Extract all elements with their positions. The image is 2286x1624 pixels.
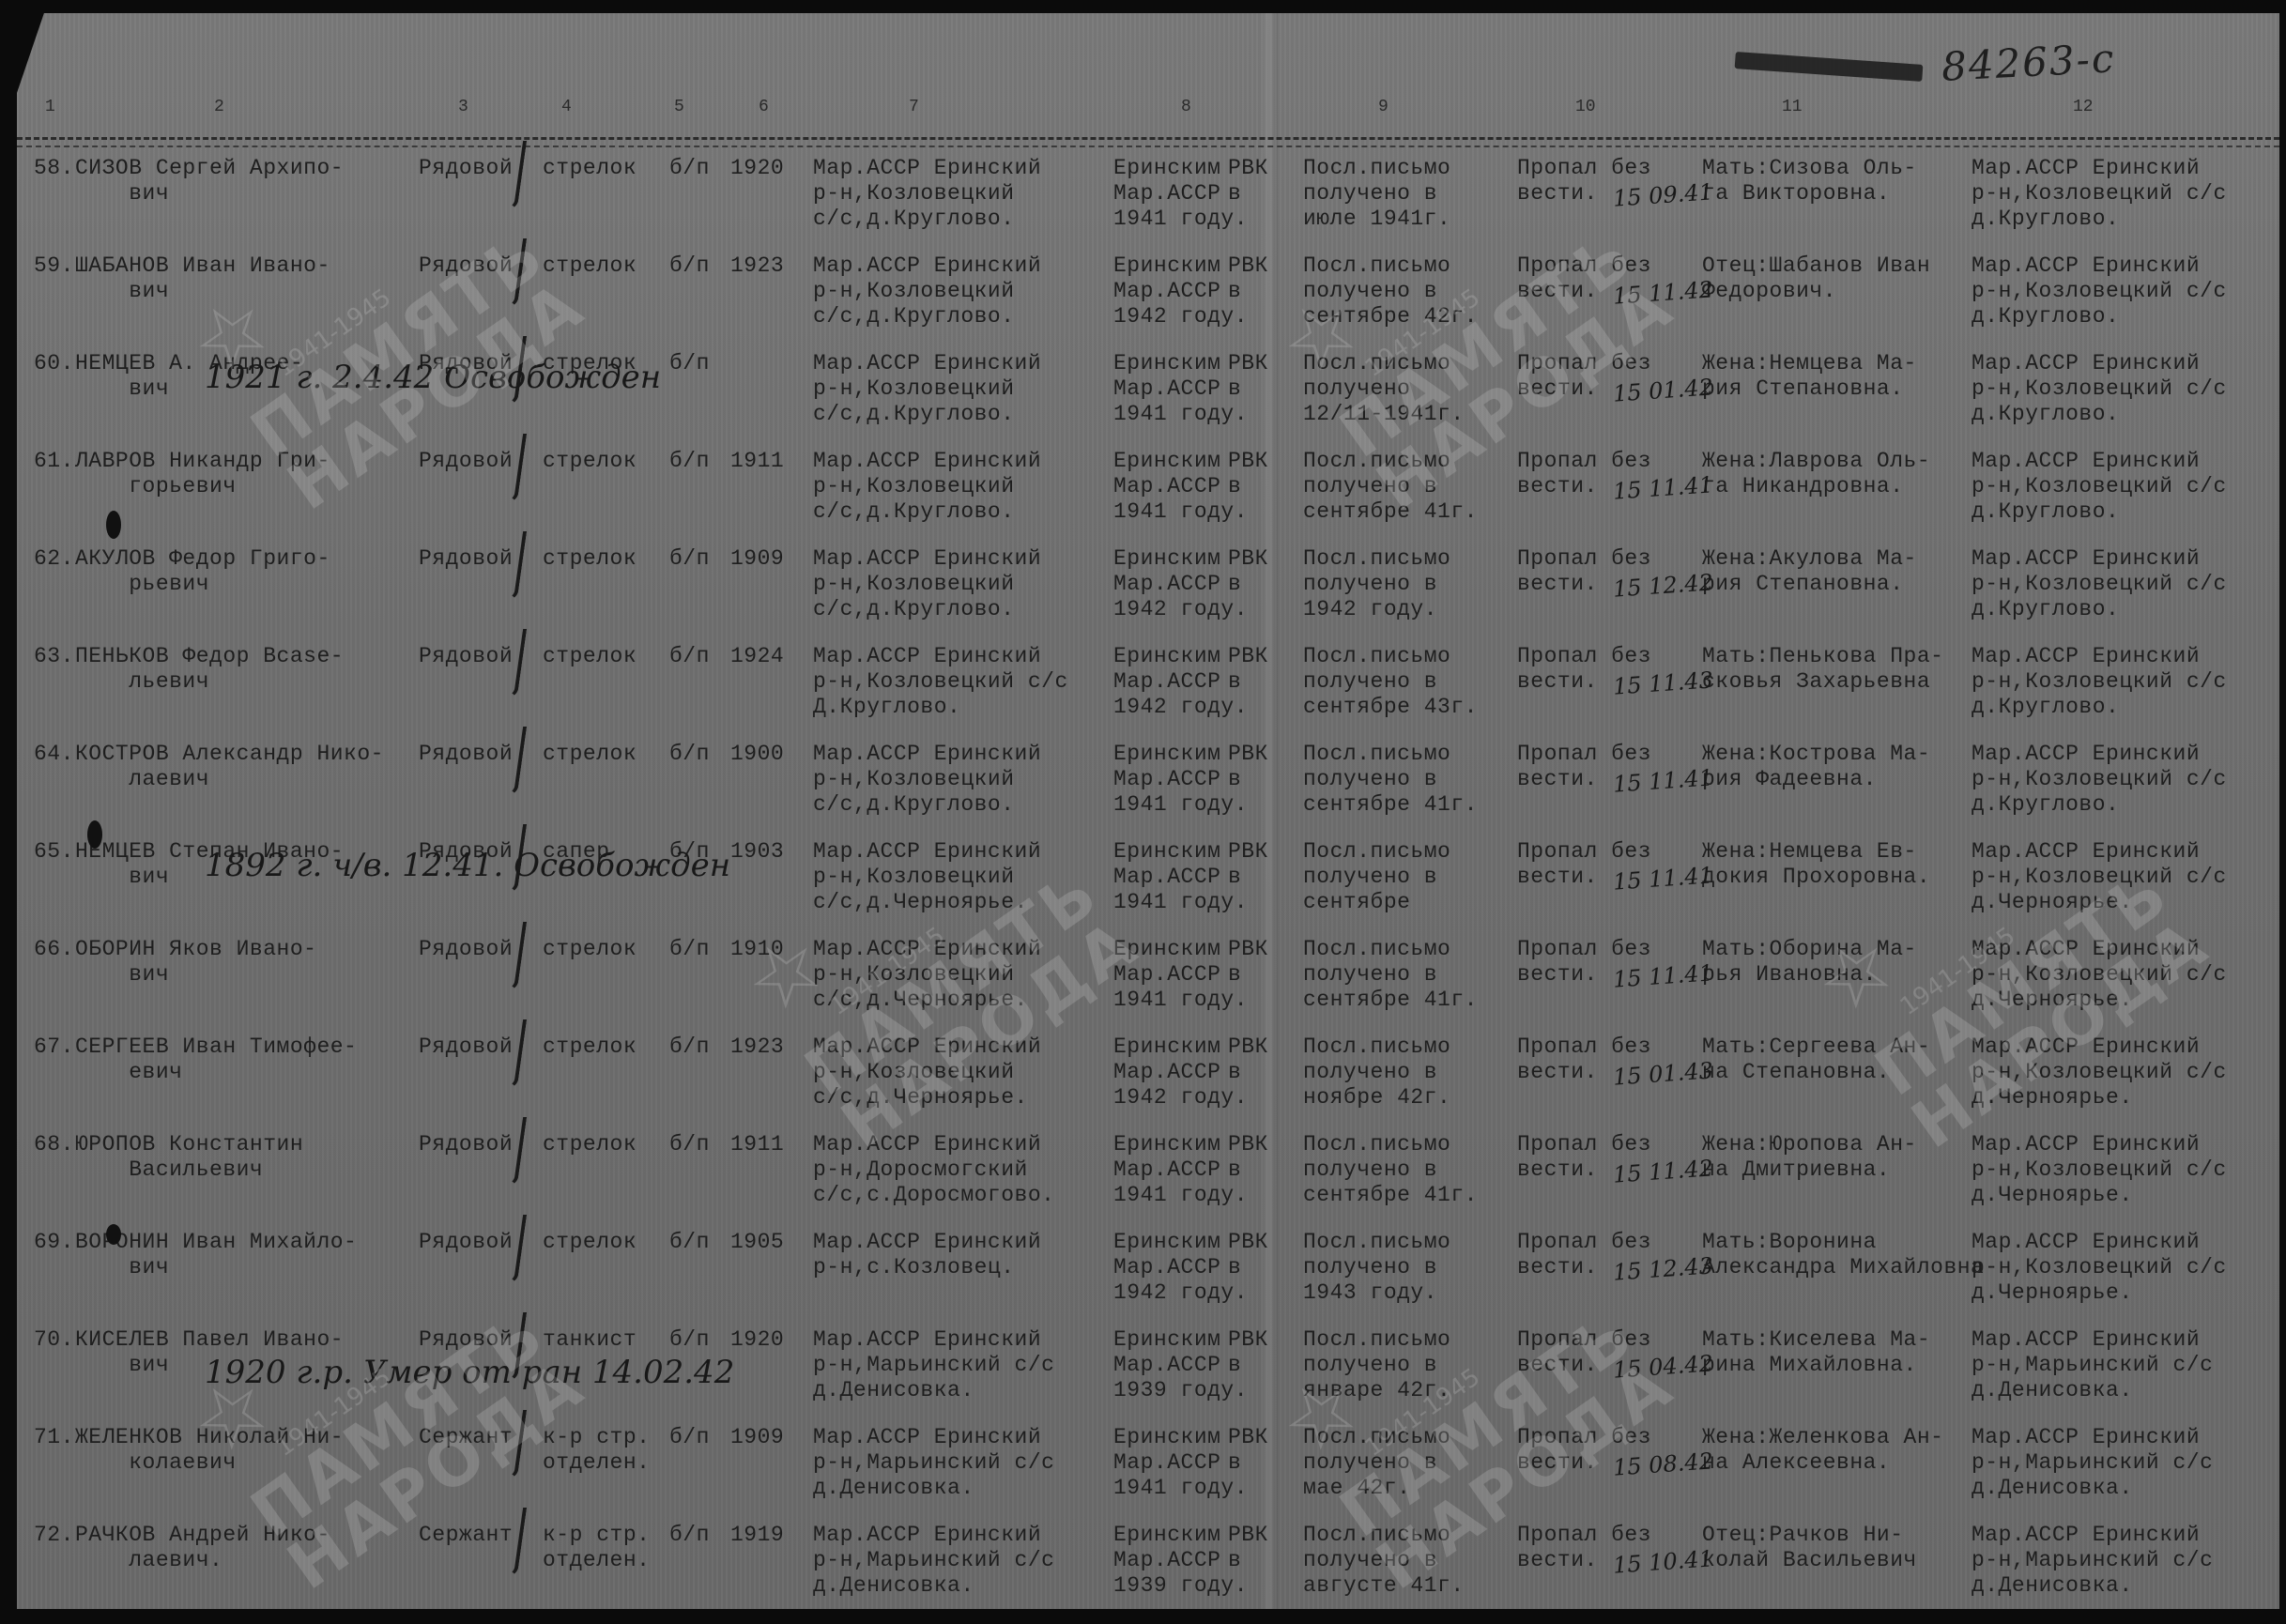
draft-office: РВК в [1228, 449, 1268, 499]
column-number: 1 [45, 98, 55, 116]
birthplace: Мар.АССР Еринский р-н,Козловецкий с/с,д.… [813, 937, 1041, 1013]
position: к-р стр. отделен. [543, 1523, 650, 1573]
birthplace: Мар.АССР Еринский р-н,Марьинский с/с д.Д… [813, 1425, 1054, 1501]
draft-office: РВК в [1228, 1230, 1268, 1280]
soldier-name: КОСТРОВ Александр Нико- лаевич [75, 742, 384, 792]
handwritten-date: 15 11.42 [1612, 276, 1714, 309]
birthplace: Мар.АССР Еринский р-н,Доросмогский с/с,с… [813, 1132, 1054, 1208]
circumstances: Посл.письмо получено в мае 42г. [1303, 1425, 1450, 1501]
column-number: 8 [1181, 98, 1191, 116]
table-row: 62.АКУЛОВ Федор Григо- рьевичРядовойстре… [17, 535, 2279, 629]
handwritten-date: 15 12.43 [1612, 1252, 1714, 1285]
circumstances: Посл.письмо получено в сентябре 41г. [1303, 742, 1478, 818]
table-row: 66.ОБОРИН Яков Ивано- вичРядовойстрелокб… [17, 926, 2279, 1019]
ink-blot [106, 1224, 121, 1245]
circumstances: Посл.письмо получено в августе 41г. [1303, 1523, 1465, 1599]
position: стрелок [543, 937, 637, 962]
circumstances: Посл.письмо получено в ноябре 42г. [1303, 1034, 1450, 1111]
circumstances: Посл.письмо получено 12/11-1941г. [1303, 351, 1465, 427]
table-row: 72.РАЧКОВ Андрей Нико- лаевич.Сержантк-р… [17, 1511, 2279, 1605]
relatives-address: Мар.АССР Еринский р-н,Козловецкий с/с д.… [1971, 351, 2227, 427]
relatives: Мать:Киселева Ма- рина Михайловна. [1702, 1327, 1930, 1378]
table-row: 67.СЕРГЕЕВ Иван Тимофее- евичРядовойстре… [17, 1023, 2279, 1117]
birth-year: 1900 [730, 742, 784, 767]
check-mark-icon [493, 434, 527, 502]
draft-office: РВК в [1228, 253, 1268, 304]
relatives-address: Мар.АССР Еринский р-н,Козловецкий с/с д.… [1971, 253, 2227, 329]
position: стрелок [543, 644, 637, 669]
check-mark-icon [493, 141, 527, 209]
soldier-name: ОБОРИН Яков Ивано- вич [75, 937, 316, 988]
birthplace: Мар.АССР Еринский р-н,Марьинский с/с д.Д… [813, 1523, 1054, 1599]
circumstances: Посл.письмо получено в сентябре [1303, 839, 1450, 915]
row-number: 65. [34, 839, 74, 865]
birth-year: 1923 [730, 1034, 784, 1060]
relatives: Жена:Кострова Ма- рия Фадеевна. [1702, 742, 1930, 792]
table-row: 63.ПЕНЬКОВ Федор Вcase- льевичРядовойстр… [17, 633, 2279, 727]
relatives: Жена:Лаврова Оль- га Никандровна. [1702, 449, 1930, 499]
birth-year: 1920 [730, 156, 784, 181]
draft-office: РВК в [1228, 1425, 1268, 1476]
birthplace: Мар.АССР Еринский р-н,Козловецкий с/с,д.… [813, 1034, 1041, 1111]
row-number: 71. [34, 1425, 74, 1450]
table-row: 70.КИСЕЛЕВ Павел Ивано- вичРядовойтанкис… [17, 1316, 2279, 1410]
relatives: Отец:Шабанов Иван Федорович. [1702, 253, 1930, 304]
birthplace: Мар.АССР Еринский р-н,Марьинский с/с д.Д… [813, 1327, 1054, 1403]
birthplace: Мар.АССР Еринский р-н,Козловецкий с/с,д.… [813, 742, 1041, 818]
relatives-address: Мар.АССР Еринский р-н,Козловецкий с/с д.… [1971, 1034, 2227, 1111]
draft-office: РВК в [1228, 351, 1268, 402]
draft-office: РВК в [1228, 1327, 1268, 1378]
ink-blot [106, 511, 121, 539]
ink-blot [87, 820, 102, 849]
relatives-address: Мар.АССР Еринский р-н,Козловецкий с/с д.… [1971, 1230, 2227, 1306]
handwritten-date: 15 01.42 [1612, 374, 1714, 406]
birth-year: 1911 [730, 449, 784, 474]
position: стрелок [543, 1132, 637, 1157]
relatives: Мать:Пенькова Пра- сковья Захарьевна [1702, 644, 1943, 695]
handwritten-annotation: 1892 г. ч/в. 12.41. Освобожден [205, 847, 730, 884]
party-status: б/п [669, 449, 710, 474]
relatives: Отец:Рачков Ни- колай Васильевич [1702, 1523, 1917, 1573]
table-row: 69.ВОРОНИН Иван Михайло- вичРядовойстрел… [17, 1218, 2279, 1312]
handwritten-date: 15 01.43 [1612, 1057, 1714, 1090]
birth-year: 1924 [730, 644, 784, 669]
draft-office: РВК в [1228, 1132, 1268, 1183]
relatives: Жена:Юропова Ан- на Дмитриевна. [1702, 1132, 1917, 1183]
check-mark-icon [493, 727, 527, 795]
birth-year: 1909 [730, 546, 784, 572]
birthplace: Мар.АССР Еринский р-н,Козловецкий с/с,д.… [813, 253, 1041, 329]
soldier-name: СЕРГЕЕВ Иван Тимофее- евич [75, 1034, 357, 1085]
column-number: 11 [1782, 98, 1803, 116]
relatives: Жена:Немцева Ев- докия Прохоровна. [1702, 839, 1930, 890]
row-number: 58. [34, 156, 74, 181]
draft-office: РВК в [1228, 1034, 1268, 1085]
column-number: 6 [759, 98, 769, 116]
relatives-address: Мар.АССР Еринский р-н,Марьинский с/с д.Д… [1971, 1425, 2213, 1501]
relatives-address: Мар.АССР Еринский р-н,Козловецкий с/с д.… [1971, 1132, 2227, 1208]
row-number: 62. [34, 546, 74, 572]
circumstances: Посл.письмо получено в 1942 году. [1303, 546, 1450, 622]
circumstances: Посл.письмо получено в сентябре 43г. [1303, 644, 1478, 720]
relatives: Мать:Сизова Оль- га Викторовна. [1702, 156, 1917, 207]
relatives-address: Мар.АССР Еринский р-н,Козловецкий с/с д.… [1971, 546, 2227, 622]
handwritten-date: 15 11.41 [1612, 764, 1714, 797]
table-row: 59.ШАБАНОВ Иван Ивано- вичРядовойстрелок… [17, 242, 2279, 336]
circumstances: Посл.письмо получено в сентябре 41г. [1303, 449, 1478, 525]
relatives: Жена:Акулова Ма- рия Степановна. [1702, 546, 1917, 597]
position: стрелок [543, 742, 637, 767]
party-status: б/п [669, 1230, 710, 1255]
relatives-address: Мар.АССР Еринский р-н,Козловецкий с/с д.… [1971, 644, 2227, 720]
birth-year: 1923 [730, 253, 784, 279]
party-status: б/п [669, 156, 710, 181]
row-number: 61. [34, 449, 74, 474]
column-number: 12 [2073, 98, 2094, 116]
party-status: б/п [669, 937, 710, 962]
party-status: б/п [669, 253, 710, 279]
check-mark-icon [493, 1117, 527, 1186]
party-status: б/п [669, 1034, 710, 1060]
position: стрелок [543, 253, 637, 279]
birth-year: 1920 [730, 1327, 784, 1353]
column-number: 2 [214, 98, 224, 116]
archive-stamp-mark [1735, 52, 1924, 82]
check-mark-icon [493, 1215, 527, 1283]
relatives-address: Мар.АССР Еринский р-н,Козловецкий с/с д.… [1971, 449, 2227, 525]
check-mark-icon [493, 1019, 527, 1088]
soldier-name: СИЗОВ Сергей Архипо- вич [75, 156, 344, 207]
column-number: 5 [674, 98, 684, 116]
relatives-address: Мар.АССР Еринский р-н,Козловецкий с/с д.… [1971, 156, 2227, 232]
handwritten-annotation: 1921 г. 2.4.42 Освобожден [205, 359, 661, 396]
check-mark-icon [493, 922, 527, 990]
relatives: Мать:Оборина Ма- рья Ивановна. [1702, 937, 1917, 988]
position: стрелок [543, 449, 637, 474]
birthplace: Мар.АССР Еринский р-н,Козловецкий с/с,д.… [813, 449, 1041, 525]
position: стрелок [543, 546, 637, 572]
position: стрелок [543, 1230, 637, 1255]
birthplace: Мар.АССР Еринский р-н,с.Козловец. [813, 1230, 1041, 1280]
relatives-address: Мар.АССР Еринский р-н,Марьинский с/с д.Д… [1971, 1327, 2213, 1403]
relatives: Мать:Воронина Александра Михайловна [1702, 1230, 1984, 1280]
row-number: 70. [34, 1327, 74, 1353]
position: к-р стр. отделен. [543, 1425, 650, 1476]
draft-office: РВК в [1228, 546, 1268, 597]
party-status: б/п [669, 1132, 710, 1157]
draft-office: РВК в [1228, 156, 1268, 207]
soldier-name: АКУЛОВ Федор Григо- рьевич [75, 546, 330, 597]
handwritten-date: 15 11.41 [1612, 471, 1714, 504]
check-mark-icon [493, 238, 527, 307]
party-status: б/п [669, 1327, 710, 1353]
party-status: б/п [669, 1425, 710, 1450]
row-number: 64. [34, 742, 74, 767]
circumstances: Посл.письмо получено в январе 42г. [1303, 1327, 1450, 1403]
soldier-name: ЖЕЛЕНКОВ Николай Ни- колаевич [75, 1425, 344, 1476]
draft-office: РВК в [1228, 742, 1268, 792]
circumstances: Посл.письмо получено в сентябре 41г. [1303, 937, 1478, 1013]
party-status: б/п [669, 351, 710, 376]
handwritten-date: 15 11.43 [1612, 666, 1714, 699]
handwritten-date: 15 04.42 [1612, 1350, 1714, 1383]
column-number: 9 [1378, 98, 1388, 116]
check-mark-icon [493, 1410, 527, 1478]
handwritten-date: 15 09.41 [1612, 178, 1714, 211]
check-mark-icon [493, 629, 527, 697]
soldier-name: ПЕНЬКОВ Федор Вcase- льевич [75, 644, 344, 695]
row-number: 69. [34, 1230, 74, 1255]
handwritten-date: 15 10.41 [1612, 1545, 1714, 1578]
birth-year: 1910 [730, 937, 784, 962]
birthplace: Мар.АССР Еринский р-н,Козловецкий с/с,д.… [813, 546, 1041, 622]
relatives: Жена:Желенкова Ан- на Алексеевна. [1702, 1425, 1943, 1476]
table-row: 68.ЮРОПОВ Константин ВасильевичРядовойст… [17, 1121, 2279, 1215]
circumstances: Посл.письмо получено в сентябре 41г. [1303, 1132, 1478, 1208]
draft-office: РВК в [1228, 1523, 1268, 1573]
column-number: 4 [561, 98, 572, 116]
birth-year: 1911 [730, 1132, 784, 1157]
column-number-header: 123456789101112 [17, 98, 2279, 126]
relatives-address: Мар.АССР Еринский р-н,Марьинский с/с д.Д… [1971, 1523, 2213, 1599]
row-number: 60. [34, 351, 74, 376]
birth-year: 1905 [730, 1230, 784, 1255]
birthplace: Мар.АССР Еринский р-н,Козловецкий с/с,д.… [813, 839, 1041, 915]
table-row: 71.ЖЕЛЕНКОВ Николай Ни- колаевичСержантк… [17, 1414, 2279, 1508]
row-number: 68. [34, 1132, 74, 1157]
party-status: б/п [669, 1523, 710, 1548]
relatives: Мать:Сергеева Ан- на Степановна. [1702, 1034, 1930, 1085]
position: танкист [543, 1327, 637, 1353]
archive-number: 84263-с [1941, 35, 2117, 90]
relatives-address: Мар.АССР Еринский р-н,Козловецкий с/с д.… [1971, 742, 2227, 818]
table-row: 60.НЕМЦЕВ А. Андрее- вичРядовойстрелокб/… [17, 340, 2279, 434]
birthplace: Мар.АССР Еринский р-н,Козловецкий с/с,д.… [813, 156, 1041, 232]
column-number: 10 [1575, 98, 1596, 116]
birth-year: 1903 [730, 839, 784, 865]
birthplace: Мар.АССР Еринский р-н,Козловецкий с/с,д.… [813, 351, 1041, 427]
scanned-document-page: 84263-с 123456789101112 58.СИЗОВ Сергей … [17, 13, 2279, 1609]
relatives-address: Мар.АССР Еринский р-н,Козловецкий с/с д.… [1971, 937, 2227, 1013]
column-number: 7 [909, 98, 919, 116]
check-mark-icon [493, 1508, 527, 1576]
handwritten-date: 15 11.41 [1612, 959, 1714, 992]
draft-office: РВК в [1228, 937, 1268, 988]
draft-office: РВК в [1228, 644, 1268, 695]
soldier-name: ЛАВРОВ Никандр Гри- горьевич [75, 449, 330, 499]
circumstances: Посл.письмо получено в 1943 году. [1303, 1230, 1450, 1306]
draft-office: РВК в [1228, 839, 1268, 890]
row-number: 63. [34, 644, 74, 669]
row-number: 66. [34, 937, 74, 962]
handwritten-date: 15 08.42 [1612, 1448, 1714, 1480]
table-row: 64.КОСТРОВ Александр Нико- лаевичРядовой… [17, 730, 2279, 824]
table-row: 58.СИЗОВ Сергей Архипо- вичРядовойстрело… [17, 145, 2279, 238]
circumstances: Посл.письмо получено в июле 1941г. [1303, 156, 1450, 232]
relatives-address: Мар.АССР Еринский р-н,Козловецкий с/с д.… [1971, 839, 2227, 915]
soldier-name: ЮРОПОВ Константин Васильевич [75, 1132, 303, 1183]
row-number: 59. [34, 253, 74, 279]
table-row: 61.ЛАВРОВ Никандр Гри- горьевичРядовойст… [17, 437, 2279, 531]
relatives: Жена:Немцева Ма- рия Степановна. [1702, 351, 1917, 402]
soldier-name: ШАБАНОВ Иван Ивано- вич [75, 253, 330, 304]
birth-year: 1919 [730, 1523, 784, 1548]
circumstances: Посл.письмо получено в сентябре 42г. [1303, 253, 1478, 329]
party-status: б/п [669, 742, 710, 767]
table-row: 65.НЕМЦЕВ Степан Ивано- вичРядовойсаперб… [17, 828, 2279, 922]
position: стрелок [543, 1034, 637, 1060]
column-number: 3 [458, 98, 468, 116]
handwritten-date: 15 12.42 [1612, 569, 1714, 602]
handwritten-annotation: 1920 г.р. Умер от ран 14.02.42 [205, 1354, 734, 1391]
birth-year: 1909 [730, 1425, 784, 1450]
party-status: б/п [669, 644, 710, 669]
handwritten-date: 15 11.42 [1612, 1155, 1714, 1187]
position: стрелок [543, 156, 637, 181]
row-number: 72. [34, 1523, 74, 1548]
soldier-name: РАЧКОВ Андрей Нико- лаевич. [75, 1523, 330, 1573]
check-mark-icon [493, 531, 527, 600]
row-number: 67. [34, 1034, 74, 1060]
birthplace: Мар.АССР Еринский р-н,Козловецкий с/с Д.… [813, 644, 1068, 720]
handwritten-date: 15 11.41 [1612, 862, 1714, 895]
party-status: б/п [669, 546, 710, 572]
